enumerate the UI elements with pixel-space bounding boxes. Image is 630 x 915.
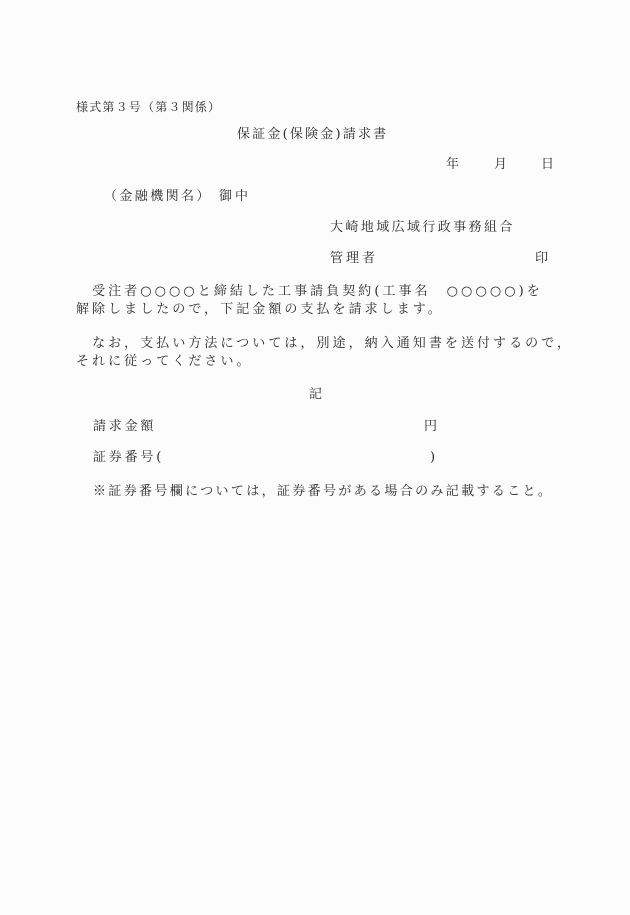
issuer-title: 管理者 (330, 250, 378, 268)
addressee-honorific: 御中 (219, 188, 251, 206)
yen-unit: 円 (424, 418, 440, 436)
issuer-organization: 大崎地域広域行政事務組合 (330, 219, 515, 237)
claim-amount-field[interactable] (160, 418, 420, 436)
seal-mark: 印 (535, 250, 551, 268)
body-paragraph-1: 受注者○○○○と締結した工事請負契約(工事名 ○○○○○)を 解除しましたので，… (76, 283, 556, 319)
paragraph-2-line-1: なお，支払い方法については，別途，納入通知書を送付するので， (76, 335, 556, 353)
claim-amount-label: 請求金額 (93, 418, 156, 436)
document-page: 様式第３号（第３関係） 保証金(保険金)請求書 年 月 日 （金融機関名） 御中… (0, 0, 630, 915)
date-year-label: 年 (446, 156, 462, 174)
bond-number-note: ※証券番号欄については，証券番号がある場合のみ記載すること。 (93, 483, 553, 501)
paragraph-1-line-1: 受注者○○○○と締結した工事請負契約(工事名 ○○○○○)を (76, 283, 556, 301)
document-title: 保証金(保険金)請求書 (237, 126, 388, 144)
paragraph-1-line-2: 解除しましたので，下記金額の支払を請求します。 (76, 301, 556, 319)
paragraph-2-line-2: それに従ってください。 (76, 353, 556, 371)
date-month-label: 月 (494, 156, 510, 174)
paragraph-1-line-1-text: 受注者○○○○と締結した工事請負契約(工事名 ○○○○○)を (92, 284, 543, 299)
bank-name-placeholder: （金融機関名） (104, 188, 212, 206)
indent (76, 284, 92, 299)
date-day-label: 日 (541, 156, 557, 174)
form-number: 様式第３号（第３関係） (76, 98, 221, 116)
body-paragraph-2: なお，支払い方法については，別途，納入通知書を送付するので， それに従ってくださ… (76, 335, 556, 371)
bond-number-label: 証券番号( (93, 449, 164, 467)
paragraph-2-line-1-text: なお，支払い方法については，別途，納入通知書を送付するので， (92, 336, 573, 351)
bond-number-close-paren: ) (430, 449, 438, 467)
details-heading: 記 (309, 386, 325, 404)
indent (76, 336, 92, 351)
bond-number-field[interactable] (160, 449, 426, 467)
